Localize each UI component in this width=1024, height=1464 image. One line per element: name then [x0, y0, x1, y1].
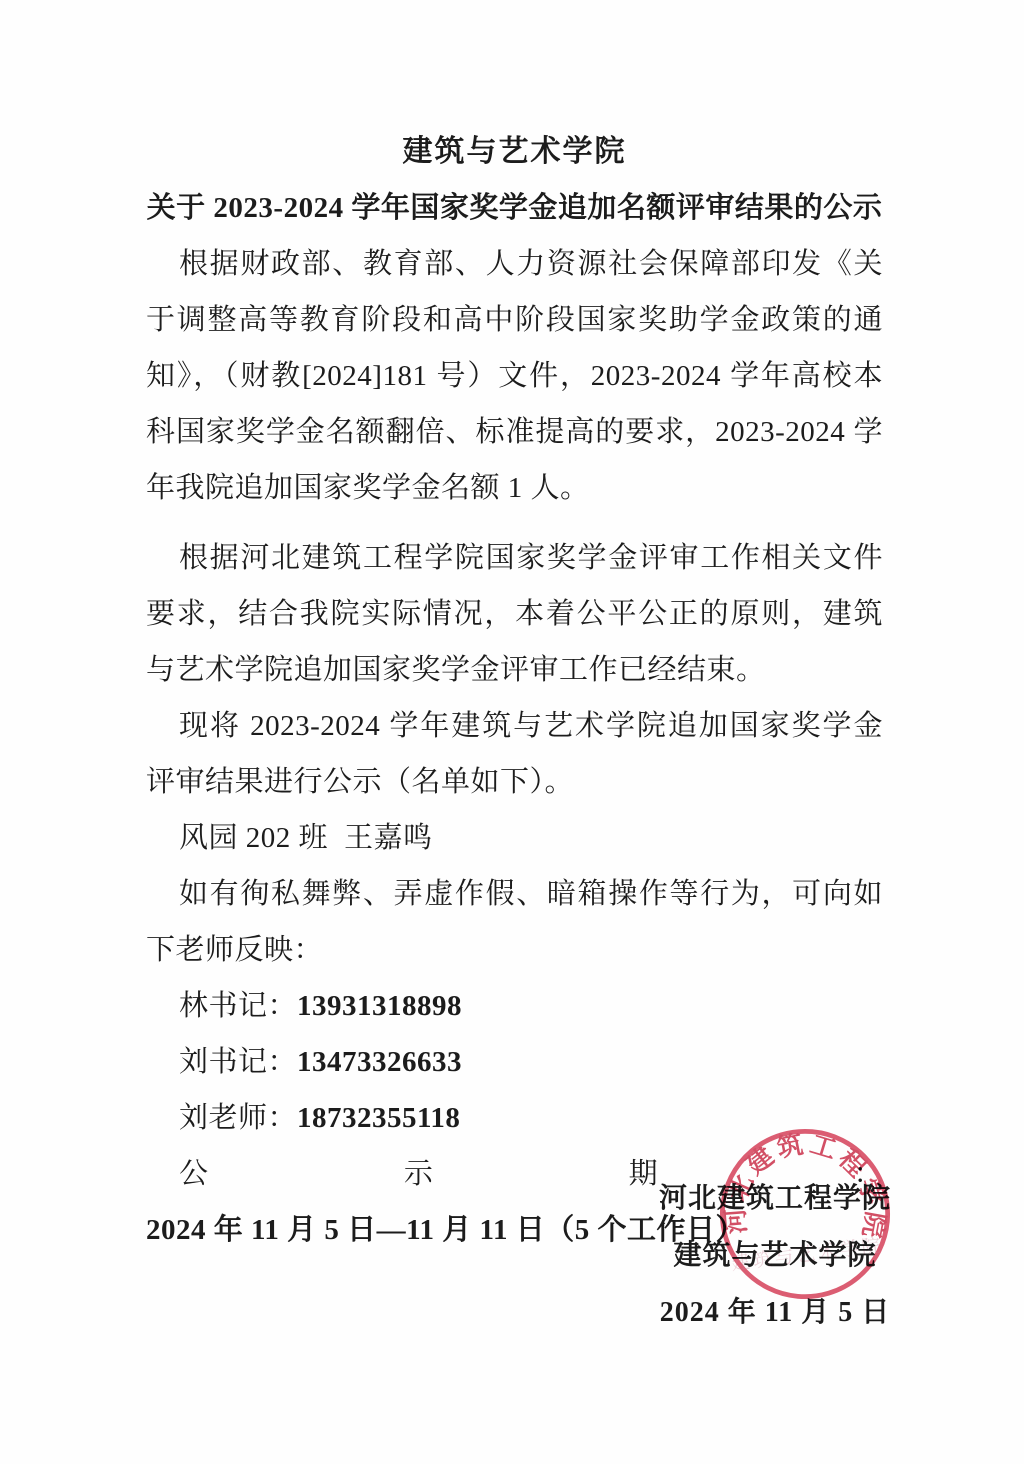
- paragraph-announcement: 现将 2023-2024 学年建筑与艺术学院追加国家奖学金评审结果进行公示（名单…: [146, 698, 883, 810]
- contact-label: 刘老师：: [179, 1102, 297, 1134]
- contact-label: 刘书记：: [179, 1046, 297, 1078]
- announcement-title: 关于 2023-2024 学年国家奖学金追加名额评审结果的公示: [146, 180, 883, 236]
- document-page: 建筑与艺术学院 关于 2023-2024 学年国家奖学金追加名额评审结果的公示 …: [0, 0, 1024, 1464]
- document-body: 建筑与艺术学院 关于 2023-2024 学年国家奖学金追加名额评审结果的公示 …: [146, 124, 883, 1258]
- winner-class: 风园 202 班: [179, 822, 328, 854]
- contact-row: 林书记：13931318898: [146, 978, 883, 1034]
- seal-ghost-text: 建筑与艺术学院: [730, 1234, 884, 1274]
- paragraph-policy-basis: 根据财政部、教育部、人力资源社会保障部印发《关于调整高等教育阶段和高中阶段国家奖…: [146, 236, 883, 516]
- contact-phone: 18732355118: [297, 1102, 460, 1134]
- report-instruction: 如有徇私舞弊、弄虚作假、暗箱操作等行为，可向如下老师反映：: [146, 866, 883, 978]
- seal-arc-text: 河北建筑工程学院: [718, 1121, 897, 1249]
- contact-phone: 13473326633: [297, 1046, 462, 1078]
- college-title: 建筑与艺术学院: [146, 124, 883, 180]
- winner-name: 王嘉鸣: [344, 822, 433, 854]
- paragraph-review-process: 根据河北建筑工程学院国家奖学金评审工作相关文件要求，结合我院实际情况，本着公平公…: [146, 530, 883, 698]
- contact-label: 林书记：: [179, 990, 297, 1022]
- contact-phone: 13931318898: [297, 990, 462, 1022]
- winner-line: 风园 202 班王嘉鸣: [146, 810, 883, 866]
- official-seal: 河北建筑工程学院 建筑与艺术学院: [702, 1111, 908, 1317]
- contact-row: 刘书记：13473326633: [146, 1034, 883, 1090]
